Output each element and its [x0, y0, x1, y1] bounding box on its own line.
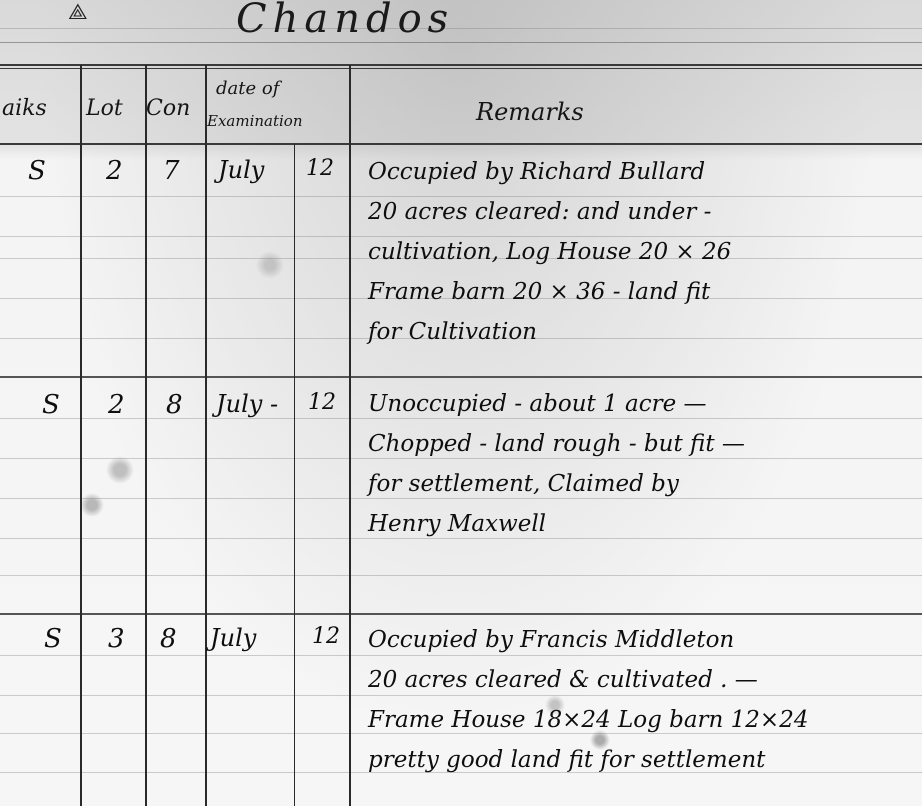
remarks-line: Frame barn 20 × 36 - land fit	[368, 272, 918, 312]
column-divider	[80, 65, 82, 806]
column-divider	[294, 144, 295, 806]
row-lot: 3	[108, 624, 125, 654]
ruled-line	[0, 28, 922, 29]
remarks-line: 20 acres cleared: and under -	[368, 192, 918, 232]
row-month: July	[210, 624, 256, 652]
header-date-line1: date of	[216, 78, 279, 99]
row-separator	[0, 613, 922, 615]
row-lot: 2	[108, 390, 125, 420]
column-divider	[145, 65, 147, 806]
page-title: Chandos	[236, 0, 454, 42]
row-day: 12	[312, 624, 340, 649]
row-remarks: Occupied by Richard Bullard 20 acres cle…	[368, 152, 918, 352]
row-mark: S	[44, 624, 62, 654]
row-month: July -	[216, 390, 278, 418]
header-top-border	[0, 64, 922, 66]
remarks-line: pretty good land fit for settlement	[368, 740, 918, 780]
row-day: 12	[308, 390, 336, 415]
header-marks: aiks	[2, 96, 47, 121]
row-lot: 2	[106, 156, 123, 186]
remarks-line: cultivation, Log House 20 × 26	[368, 232, 918, 272]
header-con: Con	[146, 96, 190, 121]
header-date-line2: Examination	[207, 112, 303, 130]
row-mark: S	[42, 390, 60, 420]
column-divider	[205, 65, 207, 806]
ruled-line	[0, 575, 922, 576]
column-divider	[349, 65, 351, 806]
row-day: 12	[306, 156, 334, 181]
remarks-line: Occupied by Francis Middleton	[368, 620, 918, 660]
ledger-page: ⟁ Chandos aiks Lot Con date of Examinati…	[0, 0, 922, 806]
header-top-border-inner	[0, 68, 922, 69]
header-remarks: Remarks	[476, 98, 584, 126]
remarks-line: Henry Maxwell	[368, 504, 918, 544]
remarks-line: Unoccupied - about 1 acre —	[368, 384, 918, 424]
remarks-line: 20 acres cleared & cultivated . —	[368, 660, 918, 700]
remarks-line: for settlement, Claimed by	[368, 464, 918, 504]
remarks-line: Chopped - land rough - but fit —	[368, 424, 918, 464]
corner-mark-icon: ⟁	[68, 0, 88, 25]
remarks-line: Occupied by Richard Bullard	[368, 152, 918, 192]
header-bottom-border	[0, 143, 922, 145]
row-con: 8	[160, 624, 177, 654]
remarks-line: Frame House 18×24 Log barn 12×24	[368, 700, 918, 740]
row-month: July	[218, 156, 264, 184]
row-con: 8	[166, 390, 183, 420]
row-con: 7	[163, 156, 180, 186]
ruled-line	[0, 42, 922, 43]
row-mark: S	[28, 156, 46, 186]
row-separator	[0, 376, 922, 378]
header-lot: Lot	[86, 96, 123, 121]
row-remarks: Occupied by Francis Middleton 20 acres c…	[368, 620, 918, 780]
remarks-line: for Cultivation	[368, 312, 918, 352]
row-remarks: Unoccupied - about 1 acre — Chopped - la…	[368, 384, 918, 544]
